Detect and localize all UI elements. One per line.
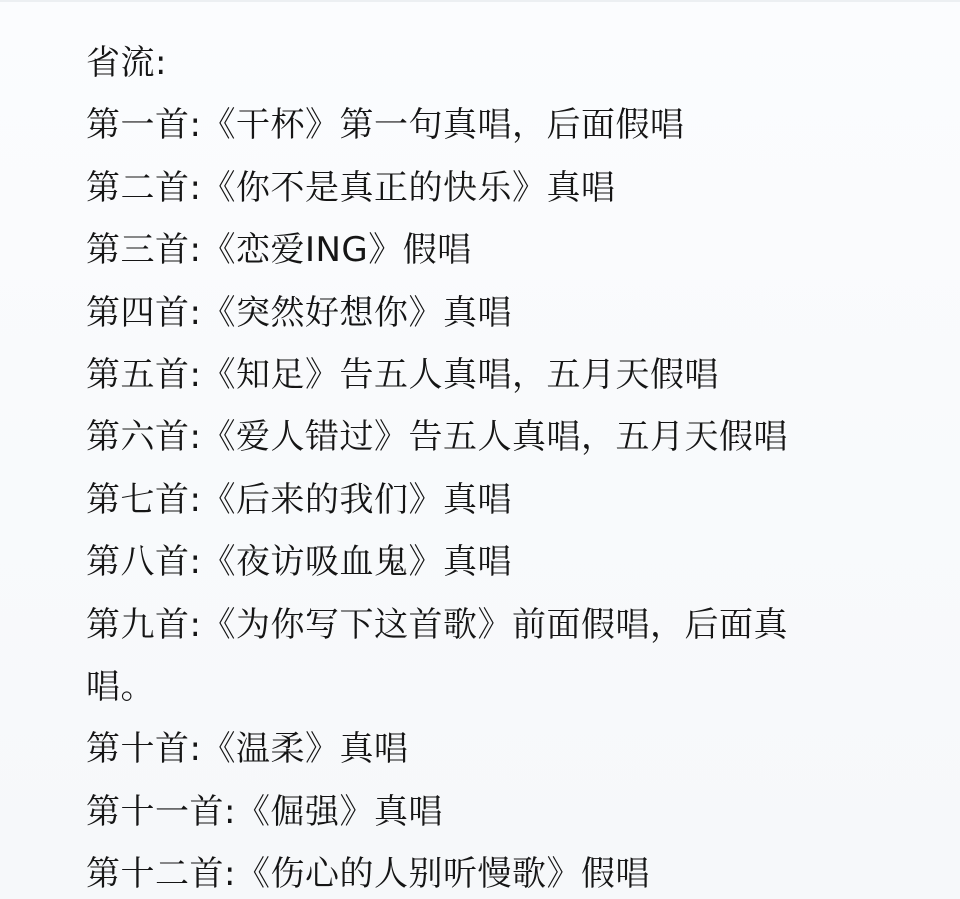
song-line-7: 第七首:《后来的我们》真唱 xyxy=(86,469,886,531)
song-line-3: 第三首:《恋爱ING》假唱 xyxy=(86,219,886,281)
song-line-2: 第二首:《你不是真正的快乐》真唱 xyxy=(86,157,886,219)
summary-heading: 省流: xyxy=(86,32,886,94)
song-line-11: 第十一首:《倔强》真唱 xyxy=(86,781,886,843)
song-line-6: 第六首:《爱人错过》告五人真唱，五月天假唱 xyxy=(86,406,886,468)
song-line-12: 第十二首:《伤心的人别听慢歌》假唱 xyxy=(86,843,886,899)
text-screenshot: 省流: 第一首:《干杯》第一句真唱，后面假唱 第二首:《你不是真正的快乐》真唱 … xyxy=(0,0,960,899)
summary-text-block: 省流: 第一首:《干杯》第一句真唱，后面假唱 第二首:《你不是真正的快乐》真唱 … xyxy=(86,32,886,899)
song-line-9: 第九首:《为你写下这首歌》前面假唱，后面真 xyxy=(86,594,886,656)
song-line-9-continued: 唱。 xyxy=(86,656,886,718)
song-line-1: 第一首:《干杯》第一句真唱，后面假唱 xyxy=(86,94,886,156)
song-line-4: 第四首:《突然好想你》真唱 xyxy=(86,282,886,344)
song-line-8: 第八首:《夜访吸血鬼》真唱 xyxy=(86,531,886,593)
song-line-10: 第十首:《温柔》真唱 xyxy=(86,718,886,780)
song-line-5: 第五首:《知足》告五人真唱，五月天假唱 xyxy=(86,344,886,406)
